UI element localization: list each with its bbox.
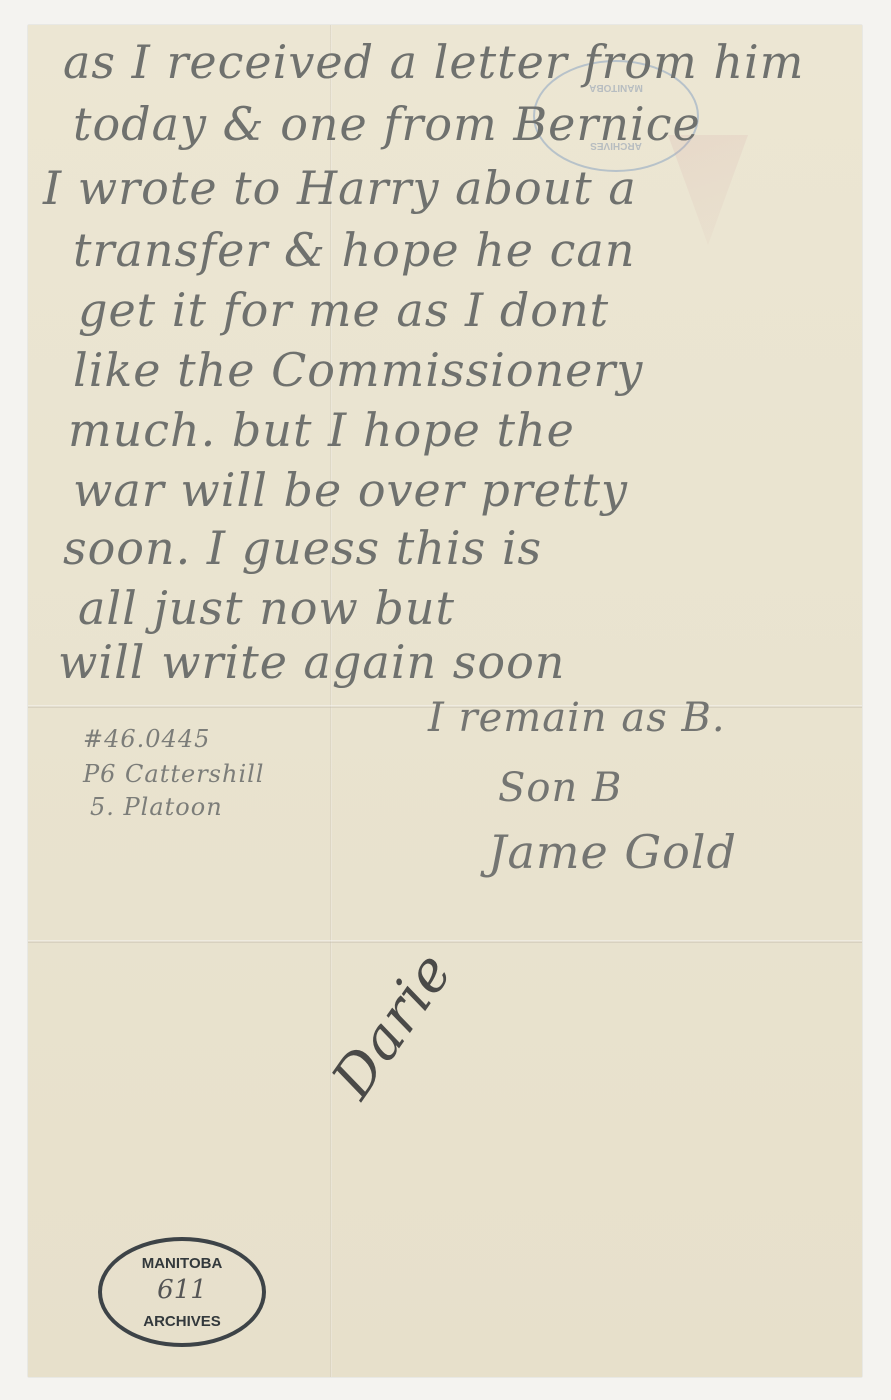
closing-line: Son B [498, 765, 622, 811]
letter-line: soon. I guess this is [63, 521, 542, 575]
letter-line: I wrote to Harry about a [43, 161, 637, 215]
manitoba-archives-stamp: MANITOBA 611 ARCHIVES [98, 1237, 266, 1347]
horizontal-fold-crease [28, 940, 862, 943]
letter-line: as I received a letter from him [63, 35, 804, 89]
letter-line: transfer & hope he can [73, 223, 635, 277]
letter-line: get it for me as I dont [78, 283, 609, 337]
letter-line: like the Commissionery [73, 343, 643, 397]
letter-page: MANITOBA ARCHIVES as I received a letter… [28, 25, 862, 1377]
unit-note: P6 Cattershill [83, 760, 264, 788]
closing-line: I remain as B. [428, 695, 726, 741]
letter-line: today & one from Bernice [73, 97, 701, 151]
letter-line: much. but I hope the [68, 403, 575, 457]
faint-letterhead-logo [668, 135, 748, 245]
letter-line: war will be over pretty [73, 463, 628, 517]
letter-line: all just now but [78, 581, 455, 635]
letter-line: will write again soon [58, 635, 565, 689]
service-number: #46.0445 [83, 725, 210, 753]
writer-signature: Jame Gold [488, 825, 737, 879]
platoon-note: 5. Platoon [90, 793, 223, 821]
archive-number: 611 [102, 1275, 262, 1305]
bottom-signature: Darie [320, 941, 466, 1110]
